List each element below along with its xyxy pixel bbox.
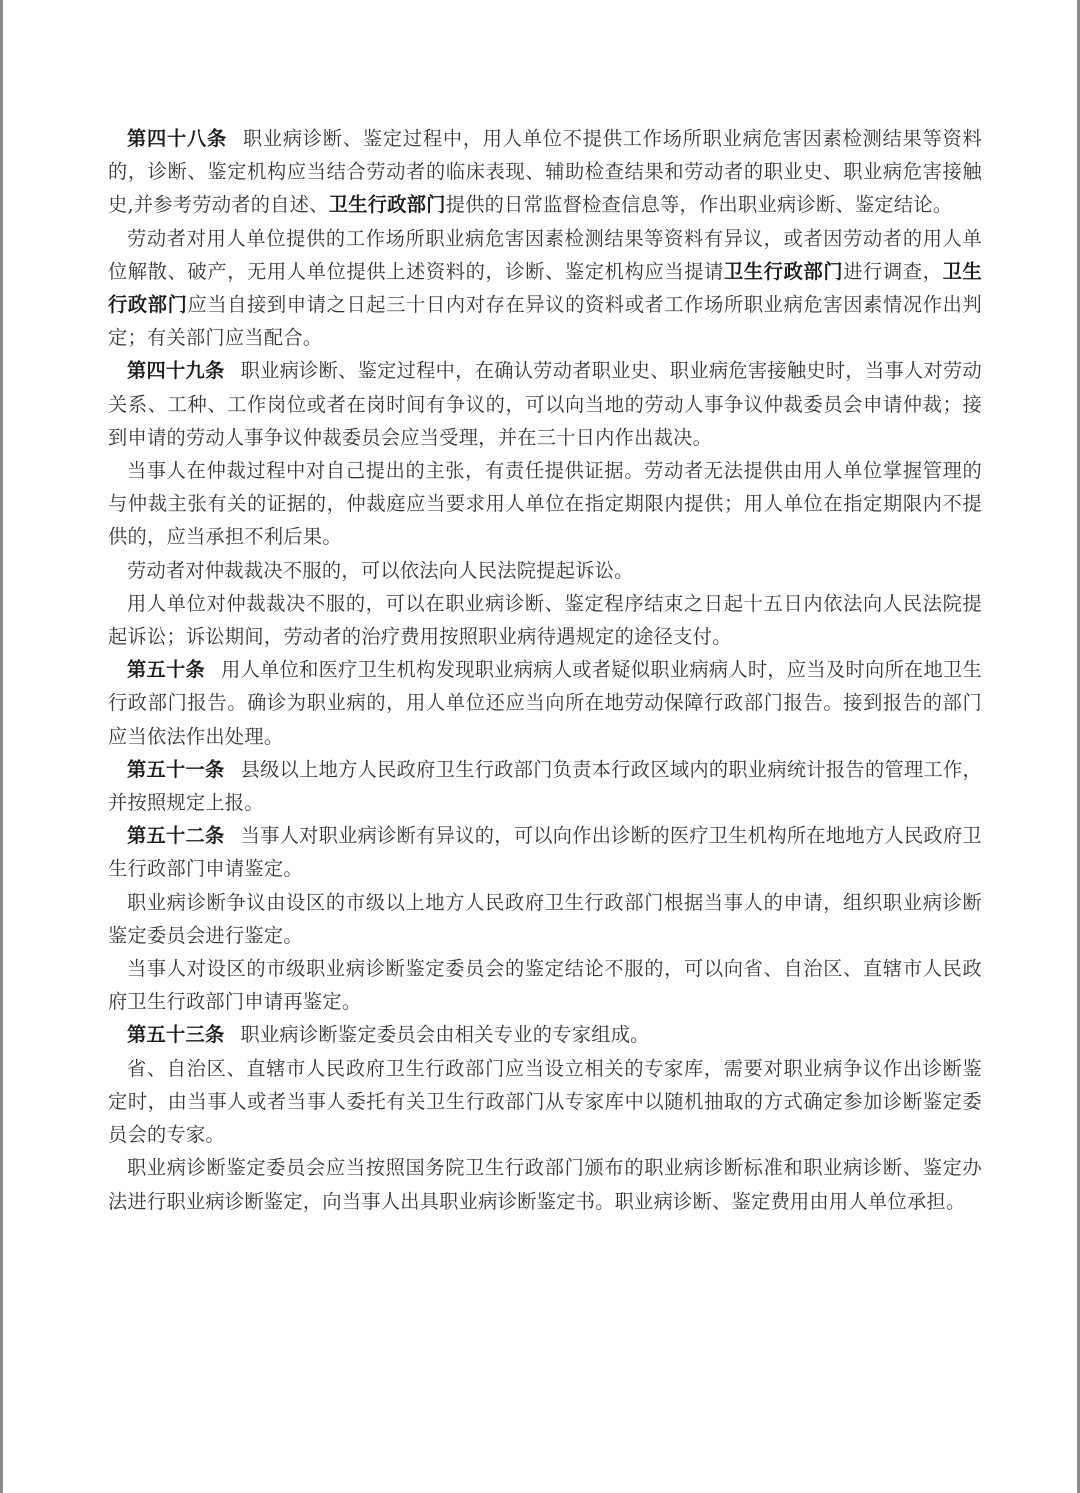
paragraph-article-53: 第五十三条职业病诊断鉴定委员会由相关专业的专家组成。 (108, 1018, 982, 1051)
paragraph-text: 职业病诊断、鉴定过程中，在确认劳动者职业史、职业病危害接触史时，当事人对劳动关系… (108, 359, 982, 448)
article-number: 第四十八条 (127, 127, 227, 150)
page-edge-left (0, 0, 3, 1493)
article-number: 第五十三条 (127, 1023, 224, 1046)
paragraph-text: 职业病诊断鉴定委员会由相关专业的专家组成。 (240, 1023, 649, 1046)
paragraph-text: 职业病诊断鉴定委员会应当按照国务院卫生行政部门颁布的职业病诊断标准和职业病诊断、… (108, 1156, 982, 1212)
bold-term: 卫生行政部门 (329, 193, 446, 216)
paragraph: 职业病诊断鉴定委员会应当按照国务院卫生行政部门颁布的职业病诊断标准和职业病诊断、… (108, 1151, 982, 1217)
paragraph: 劳动者对用人单位提供的工作场所职业病危害因素检测结果等资料有异议，或者因劳动者的… (108, 222, 982, 355)
bold-term: 卫生行政部门 (724, 260, 843, 283)
paragraph-text: 当事人在仲裁过程中对自己提出的主张，有责任提供证据。劳动者无法提供由用人单位掌握… (108, 459, 982, 548)
paragraph: 当事人在仲裁过程中对自己提出的主张，有责任提供证据。劳动者无法提供由用人单位掌握… (108, 454, 982, 554)
paragraph-article-50: 第五十条用人单位和医疗卫生机构发现职业病病人或者疑似职业病病人时，应当及时向所在… (108, 653, 982, 753)
paragraph-text: 用人单位和医疗卫生机构发现职业病病人或者疑似职业病病人时，应当及时向所在地卫生行… (108, 658, 982, 747)
paragraph-text: 当事人对设区的市级职业病诊断鉴定委员会的鉴定结论不服的，可以向省、自治区、直辖市… (108, 957, 982, 1013)
article-number: 第五十条 (127, 658, 205, 681)
paragraph-text: 用人单位对仲裁裁决不服的，可以在职业病诊断、鉴定程序结束之日起十五日内依法向人民… (108, 592, 982, 648)
paragraph: 劳动者对仲裁裁决不服的，可以依法向人民法院提起诉讼。 (108, 554, 982, 587)
paragraph-text: 省、自治区、直辖市人民政府卫生行政部门应当设立相关的专家库，需要对职业病争议作出… (108, 1057, 982, 1146)
paragraph-article-48: 第四十八条职业病诊断、鉴定过程中，用人单位不提供工作场所职业病危害因素检测结果等… (108, 122, 982, 222)
paragraph-text: 县级以上地方人民政府卫生行政部门负责本行政区域内的职业病统计报告的管理工作，并按… (108, 758, 982, 814)
paragraph-text: 进行调查， (843, 260, 942, 283)
paragraph-text: 劳动者对仲裁裁决不服的，可以依法向人民法院提起诉讼。 (127, 559, 634, 582)
document-page: 第四十八条职业病诊断、鉴定过程中，用人单位不提供工作场所职业病危害因素检测结果等… (108, 122, 982, 1218)
paragraph-text: 职业病诊断争议由设区的市级以上地方人民政府卫生行政部门根据当事人的申请，组织职业… (108, 891, 982, 947)
paragraph-text: 应当自接到申请之日起三十日内对存在异议的资料或者工作场所职业病危害因素情况作出判… (108, 293, 982, 349)
paragraph-article-51: 第五十一条县级以上地方人民政府卫生行政部门负责本行政区域内的职业病统计报告的管理… (108, 753, 982, 819)
paragraph: 职业病诊断争议由设区的市级以上地方人民政府卫生行政部门根据当事人的申请，组织职业… (108, 886, 982, 952)
article-number: 第五十一条 (127, 758, 225, 781)
article-number: 第五十二条 (127, 824, 225, 847)
paragraph-text: 当事人对职业病诊断有异议的，可以向作出诊断的医疗卫生机构所在地地方人民政府卫生行… (108, 824, 982, 880)
paragraph: 用人单位对仲裁裁决不服的，可以在职业病诊断、鉴定程序结束之日起十五日内依法向人民… (108, 587, 982, 653)
paragraph-text: 提供的日常监督检查信息等，作出职业病诊断、鉴定结论。 (446, 193, 953, 216)
paragraph: 省、自治区、直辖市人民政府卫生行政部门应当设立相关的专家库，需要对职业病争议作出… (108, 1052, 982, 1152)
article-number: 第四十九条 (127, 359, 225, 382)
paragraph-article-52: 第五十二条当事人对职业病诊断有异议的，可以向作出诊断的医疗卫生机构所在地地方人民… (108, 819, 982, 885)
paragraph: 当事人对设区的市级职业病诊断鉴定委员会的鉴定结论不服的，可以向省、自治区、直辖市… (108, 952, 982, 1018)
paragraph-article-49: 第四十九条职业病诊断、鉴定过程中，在确认劳动者职业史、职业病危害接触史时，当事人… (108, 354, 982, 454)
